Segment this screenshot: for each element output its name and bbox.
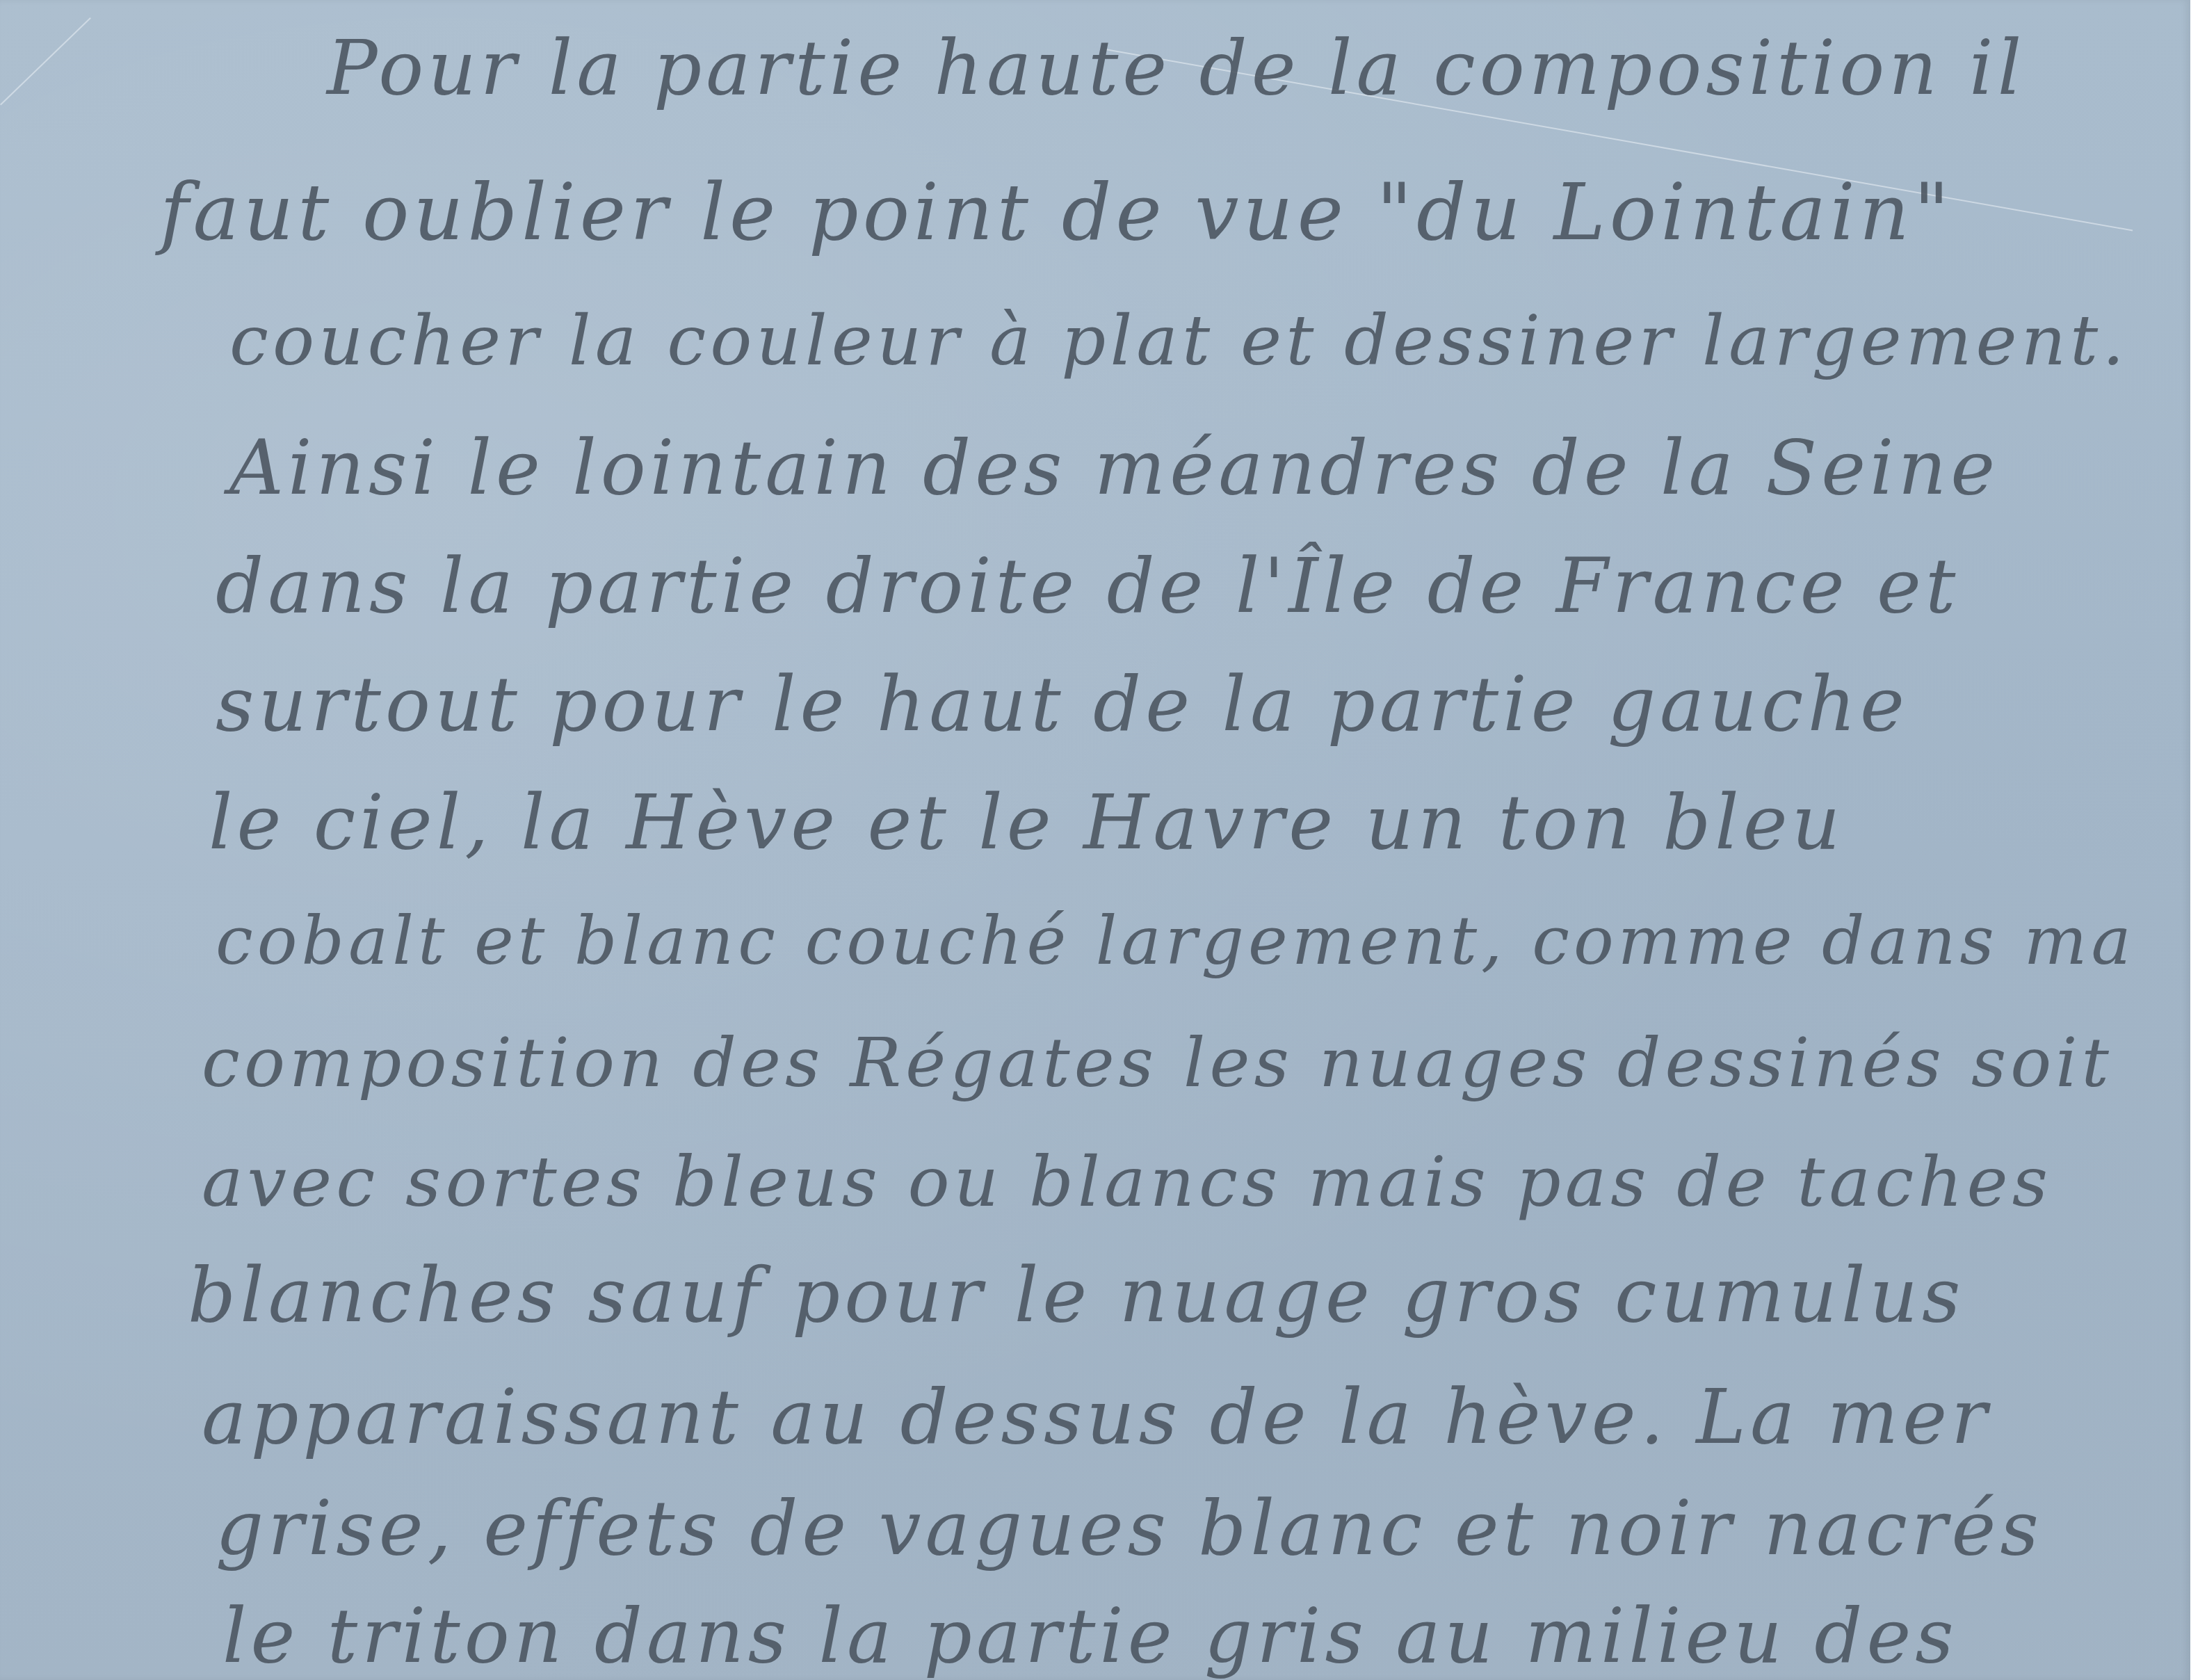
handwritten-line: le triton dans la partie gris au milieu … <box>223 1599 1958 1674</box>
handwritten-line: le ciel, la Hève et le Havre un ton bleu <box>209 786 1844 861</box>
handwritten-line: Pour la partie haute de la composition i… <box>327 31 2026 106</box>
handwritten-line: dans la partie droite de l'Île de France… <box>216 549 1959 624</box>
paper-fold-crease <box>0 17 91 105</box>
handwritten-line: surtout pour le haut de la partie gauche <box>216 668 1909 743</box>
handwritten-line: composition des Régates les nuages dessi… <box>202 1029 2113 1097</box>
handwritten-line: Ainsi le lointain des méandres de la Sei… <box>229 431 1999 506</box>
paper-sheet: Pour la partie haute de la composition i… <box>0 0 2190 1680</box>
handwritten-line: avec sortes bleus ou blancs mais pas de … <box>202 1147 2052 1217</box>
handwritten-line: apparaissant au dessus de la hève. La me… <box>202 1380 1991 1455</box>
handwritten-line: grise, effets de vagues blanc et noir na… <box>216 1492 2043 1567</box>
handwritten-line: faut oublier le point de vue "du Lointai… <box>160 174 1954 252</box>
handwritten-line: coucher la couleur à plat et dessiner la… <box>229 306 2128 375</box>
handwritten-line: cobalt et blanc couché largement, comme … <box>216 907 2135 974</box>
handwritten-line: blanches sauf pour le nuage gros cumulus <box>188 1259 1964 1334</box>
